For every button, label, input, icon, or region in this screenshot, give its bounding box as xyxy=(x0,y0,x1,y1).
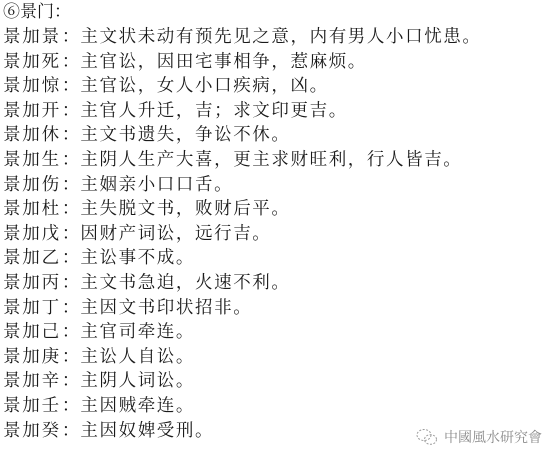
section-number: ⑥ xyxy=(3,2,20,22)
entry-separator: ： xyxy=(62,396,80,416)
section-colon: ： xyxy=(54,2,71,22)
entry-text: 主官讼，女人小口疾病，凶。 xyxy=(80,76,328,96)
entry-row: 景加伤：主姻亲小口口舌。 xyxy=(3,173,553,198)
entry-head: 景加惊 xyxy=(3,76,61,96)
entry-text: 主官讼，因田宅事相争，惹麻烦。 xyxy=(80,52,367,72)
entry-row: 景加壬：主因贼牵连。 xyxy=(3,394,553,419)
entry-text: 主文状未动有预先见之意，内有男人小口忧患。 xyxy=(80,27,481,47)
entry-separator: ： xyxy=(62,273,80,293)
entry-separator: ： xyxy=(62,101,80,121)
entry-separator: ： xyxy=(62,27,80,47)
entry-head: 景加癸 xyxy=(3,421,61,441)
document-page: ⑥景门： 景加景：主文状未动有预先见之意，内有男人小口忧患。景加死：主官讼，因田… xyxy=(3,0,553,443)
entry-row: 景加己：主官司牵连。 xyxy=(3,320,553,345)
entry-list: 景加景：主文状未动有预先见之意，内有男人小口忧患。景加死：主官讼，因田宅事相争，… xyxy=(3,25,553,443)
entry-head: 景加开 xyxy=(3,101,61,121)
section-title-text: 景门 xyxy=(20,2,54,22)
entry-text: 主文书遗失，争讼不休。 xyxy=(80,125,290,145)
watermark: 中國風水研究會 xyxy=(416,427,542,447)
entry-separator: ： xyxy=(62,248,80,268)
entry-head: 景加丙 xyxy=(3,273,61,293)
entry-text: 主官司牵连。 xyxy=(80,322,195,342)
watermark-text: 中國風水研究會 xyxy=(444,427,542,447)
entry-row: 景加庚：主讼人自讼。 xyxy=(3,345,553,370)
entry-head: 景加伤 xyxy=(3,175,61,195)
entry-text: 主讼人自讼。 xyxy=(80,347,195,367)
entry-separator: ： xyxy=(62,421,80,441)
entry-head: 景加辛 xyxy=(3,371,61,391)
entry-separator: ： xyxy=(62,150,80,170)
entry-separator: ： xyxy=(62,371,80,391)
entry-text: 主姻亲小口口舌。 xyxy=(80,175,233,195)
entry-text: 主因文书印状招非。 xyxy=(80,298,252,318)
entry-text: 主官人升迁，吉；求文印更吉。 xyxy=(80,101,347,121)
entry-text: 因财产词讼，远行吉。 xyxy=(80,224,271,244)
entry-text: 主文书急迫，火速不利。 xyxy=(80,273,290,293)
entry-head: 景加壬 xyxy=(3,396,61,416)
entry-separator: ： xyxy=(62,298,80,318)
entry-row: 景加乙：主讼事不成。 xyxy=(3,246,553,271)
entry-head: 景加生 xyxy=(3,150,61,170)
entry-separator: ： xyxy=(62,175,80,195)
entry-row: 景加开：主官人升迁，吉；求文印更吉。 xyxy=(3,99,553,124)
entry-separator: ： xyxy=(62,199,80,219)
entry-head: 景加丁 xyxy=(3,298,61,318)
entry-text: 主因奴婢受刑。 xyxy=(80,421,214,441)
entry-separator: ： xyxy=(62,125,80,145)
entry-row: 景加休：主文书遗失，争讼不休。 xyxy=(3,123,553,148)
entry-row: 景加丙：主文书急迫，火速不利。 xyxy=(3,271,553,296)
entry-head: 景加己 xyxy=(3,322,61,342)
entry-row: 景加死：主官讼，因田宅事相争，惹麻烦。 xyxy=(3,50,553,75)
entry-head: 景加休 xyxy=(3,125,61,145)
entry-row: 景加景：主文状未动有预先见之意，内有男人小口忧患。 xyxy=(3,25,553,50)
entry-text: 主讼事不成。 xyxy=(80,248,195,268)
entry-head: 景加死 xyxy=(3,52,61,72)
entry-row: 景加丁：主因文书印状招非。 xyxy=(3,296,553,321)
entry-head: 景加戊 xyxy=(3,224,61,244)
entry-text: 主失脱文书，败财后平。 xyxy=(80,199,290,219)
entry-text: 主阴人生产大喜，更主求财旺利，行人皆吉。 xyxy=(80,150,462,170)
entry-separator: ： xyxy=(62,322,80,342)
entry-text: 主因贼牵连。 xyxy=(80,396,195,416)
entry-row: 景加惊：主官讼，女人小口疾病，凶。 xyxy=(3,74,553,99)
entry-separator: ： xyxy=(62,52,80,72)
entry-row: 景加戊：因财产词讼，远行吉。 xyxy=(3,222,553,247)
entry-head: 景加杜 xyxy=(3,199,61,219)
entry-separator: ： xyxy=(62,347,80,367)
entry-separator: ： xyxy=(62,224,80,244)
entry-row: 景加辛：主阴人词讼。 xyxy=(3,369,553,394)
entry-row: 景加杜：主失脱文书，败财后平。 xyxy=(3,197,553,222)
entry-separator: ： xyxy=(62,76,80,96)
section-title: ⑥景门： xyxy=(3,0,553,25)
entry-head: 景加庚 xyxy=(3,347,61,367)
entry-row: 景加生：主阴人生产大喜，更主求财旺利，行人皆吉。 xyxy=(3,148,553,173)
wechat-icon xyxy=(416,428,438,446)
entry-text: 主阴人词讼。 xyxy=(80,371,195,391)
entry-head: 景加乙 xyxy=(3,248,61,268)
entry-head: 景加景 xyxy=(3,27,61,47)
